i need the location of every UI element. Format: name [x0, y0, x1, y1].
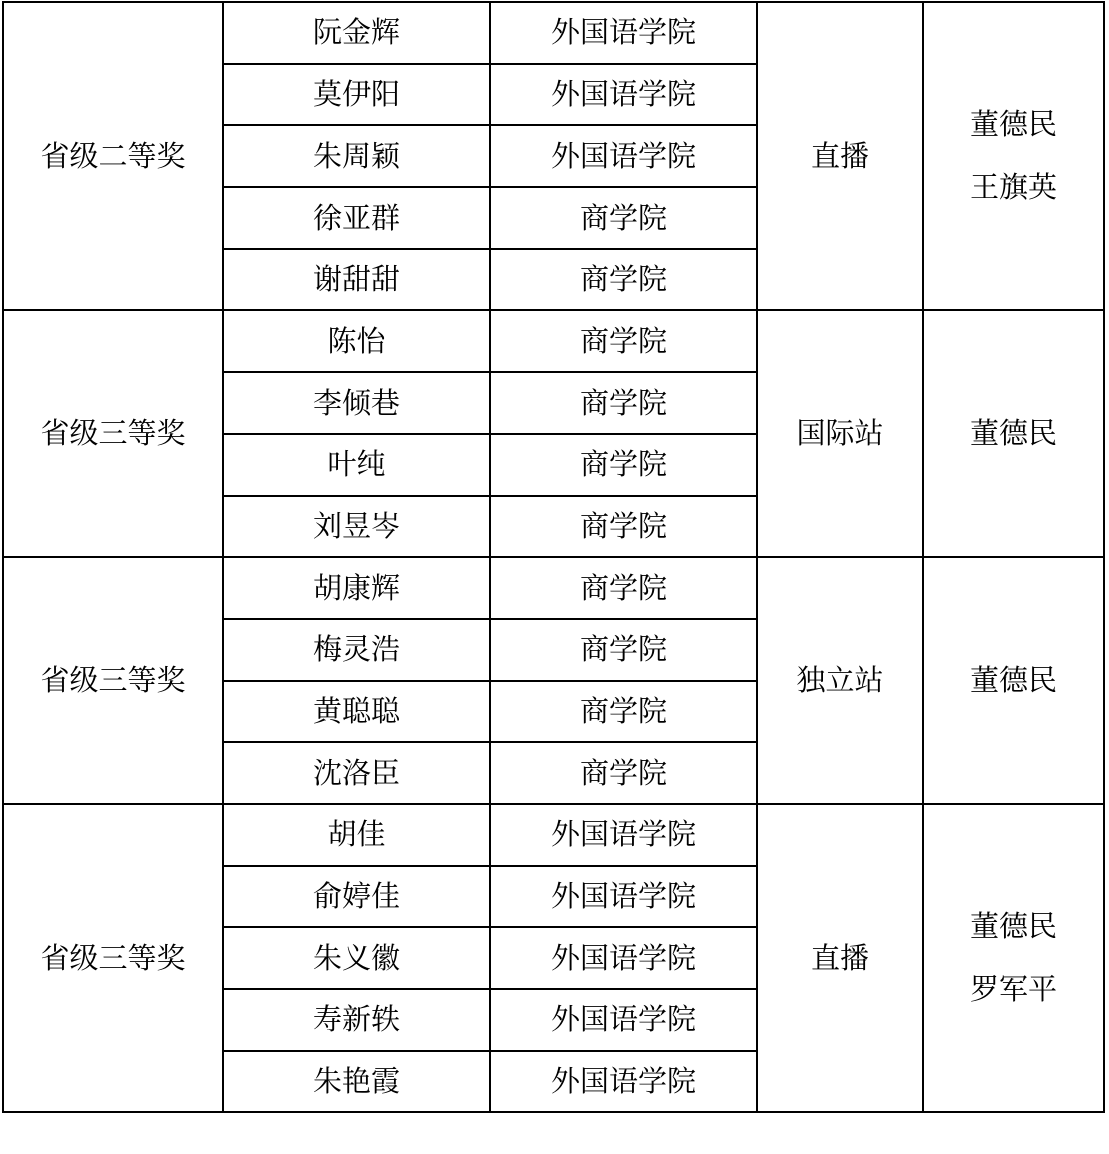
- track-cell: 直播: [757, 2, 923, 310]
- college-cell: 外国语学院: [490, 804, 757, 866]
- advisor-name: 董德民: [924, 895, 1103, 958]
- advisor-name: 董德民: [924, 402, 1103, 465]
- award-level-cell: 省级三等奖: [3, 557, 223, 804]
- college-cell: 商学院: [490, 496, 757, 558]
- student-name-cell: 朱艳霞: [223, 1051, 490, 1113]
- student-name-cell: 寿新轶: [223, 989, 490, 1051]
- college-cell: 外国语学院: [490, 989, 757, 1051]
- advisor-cell: 董德民: [923, 557, 1104, 804]
- student-name-cell: 李倾巷: [223, 372, 490, 434]
- table-row: 省级三等奖 陈怡 商学院 国际站 董德民: [3, 310, 1104, 372]
- award-level-cell: 省级三等奖: [3, 804, 223, 1112]
- college-cell: 外国语学院: [490, 866, 757, 928]
- student-name-cell: 黄聪聪: [223, 681, 490, 743]
- student-name-cell: 谢甜甜: [223, 249, 490, 311]
- student-name-cell: 胡康辉: [223, 557, 490, 619]
- track-cell: 独立站: [757, 557, 923, 804]
- advisor-cell: 董德民 王旗英: [923, 2, 1104, 310]
- college-cell: 商学院: [490, 619, 757, 681]
- college-cell: 商学院: [490, 434, 757, 496]
- advisor-name: 罗军平: [924, 958, 1103, 1021]
- student-name-cell: 胡佳: [223, 804, 490, 866]
- college-cell: 外国语学院: [490, 125, 757, 187]
- award-level-cell: 省级二等奖: [3, 2, 223, 310]
- college-cell: 商学院: [490, 249, 757, 311]
- advisor-name: 董德民: [924, 649, 1103, 712]
- track-cell: 国际站: [757, 310, 923, 557]
- student-name-cell: 刘昱岑: [223, 496, 490, 558]
- college-cell: 商学院: [490, 681, 757, 743]
- advisor-name: 王旗英: [924, 156, 1103, 219]
- student-name-cell: 叶纯: [223, 434, 490, 496]
- student-name-cell: 阮金辉: [223, 2, 490, 64]
- track-cell: 直播: [757, 804, 923, 1112]
- table-row: 省级二等奖 阮金辉 外国语学院 直播 董德民 王旗英: [3, 2, 1104, 64]
- college-cell: 商学院: [490, 557, 757, 619]
- college-cell: 商学院: [490, 187, 757, 249]
- student-name-cell: 俞婷佳: [223, 866, 490, 928]
- award-level-cell: 省级三等奖: [3, 310, 223, 557]
- college-cell: 商学院: [490, 742, 757, 804]
- student-name-cell: 朱义徽: [223, 927, 490, 989]
- table-row: 省级三等奖 胡康辉 商学院 独立站 董德民: [3, 557, 1104, 619]
- college-cell: 商学院: [490, 372, 757, 434]
- college-cell: 外国语学院: [490, 927, 757, 989]
- student-name-cell: 朱周颖: [223, 125, 490, 187]
- table-row: 省级三等奖 胡佳 外国语学院 直播 董德民 罗军平: [3, 804, 1104, 866]
- advisor-cell: 董德民 罗军平: [923, 804, 1104, 1112]
- advisor-cell: 董德民: [923, 310, 1104, 557]
- college-cell: 商学院: [490, 310, 757, 372]
- college-cell: 外国语学院: [490, 64, 757, 126]
- student-name-cell: 沈洛臣: [223, 742, 490, 804]
- student-name-cell: 莫伊阳: [223, 64, 490, 126]
- advisor-name: 董德民: [924, 93, 1103, 156]
- student-name-cell: 徐亚群: [223, 187, 490, 249]
- awards-table: 省级二等奖 阮金辉 外国语学院 直播 董德民 王旗英 莫伊阳 外国语学院 朱周颖…: [2, 1, 1105, 1113]
- student-name-cell: 梅灵浩: [223, 619, 490, 681]
- college-cell: 外国语学院: [490, 2, 757, 64]
- college-cell: 外国语学院: [490, 1051, 757, 1113]
- student-name-cell: 陈怡: [223, 310, 490, 372]
